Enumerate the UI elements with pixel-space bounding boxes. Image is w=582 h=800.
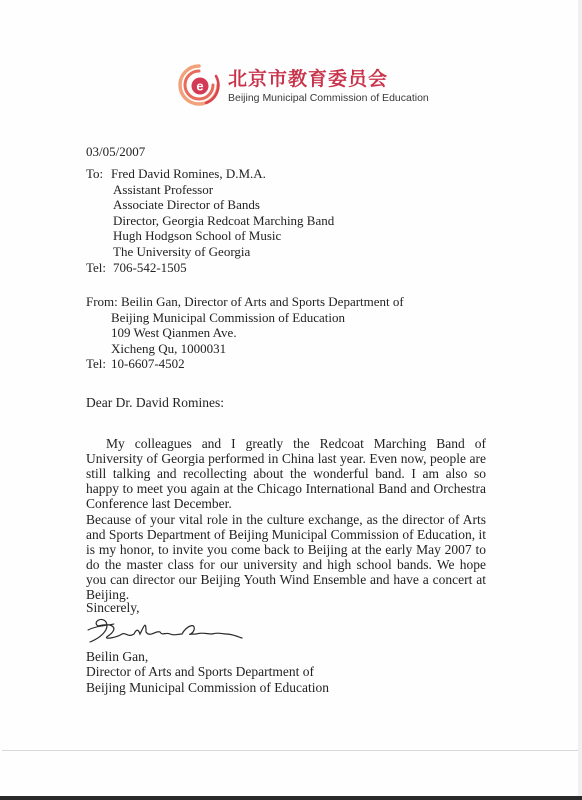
to-tel-label: Tel: [86,260,106,276]
scan-edge [578,0,582,800]
sender-line: Beilin Gan, Director of Arts and Sports … [121,294,404,309]
from-tel-label: Tel: [86,356,106,372]
recipient-tel: 706-542-1505 [113,260,187,276]
recipient-line: Hugh Hodgson School of Music [113,228,334,244]
recipient-address: Fred David Romines, D.M.A. Assistant Pro… [113,166,334,260]
paragraph-1: My colleagues and I greatly the Redcoat … [86,436,486,511]
sender-first-line: From: Beilin Gan, Director of Arts and S… [86,294,404,310]
recipient-line: Associate Director of Bands [113,197,334,213]
sender-address: From: Beilin Gan, Director of Arts and S… [86,294,404,356]
org-name-chinese: 北京市教育委员会 [228,64,388,91]
recipient-line: Director, Georgia Redcoat Marching Band [113,213,334,229]
signer-name: Beilin Gan, [86,649,329,664]
signer-organization: Beijing Municipal Commission of Educatio… [86,680,329,695]
sender-line: Beijing Municipal Commission of Educatio… [86,310,404,326]
sender-line: Xicheng Qu, 1000031 [86,341,404,357]
letterhead: e 北京市教育委员会 Beijing Municipal Commission … [176,62,436,112]
handwritten-signature [86,612,246,648]
salutation: Dear Dr. David Romines: [86,395,224,411]
scan-bottom-strip [0,796,582,800]
org-name-english: Beijing Municipal Commission of Educatio… [228,92,429,104]
signer-title: Director of Arts and Sports Department o… [86,664,329,679]
paragraph-2: Because of your vital role in the cultur… [86,512,486,602]
recipient-name: Fred David Romines, D.M.A. [111,166,334,182]
sender-tel: 10-6607-4502 [111,356,185,372]
signature-block: Beilin Gan, Director of Arts and Sports … [86,649,329,695]
recipient-line: The University of Georgia [113,244,334,260]
svg-text:e: e [196,79,203,94]
scan-artifact-line [2,750,578,751]
recipient-line: Assistant Professor [113,182,334,198]
swirl-e-logo-icon: e [176,62,222,108]
to-label: To: [86,166,103,182]
sender-line: 109 West Qianmen Ave. [86,325,404,341]
letter-date: 03/05/2007 [86,144,145,160]
from-label: From: [86,294,118,309]
